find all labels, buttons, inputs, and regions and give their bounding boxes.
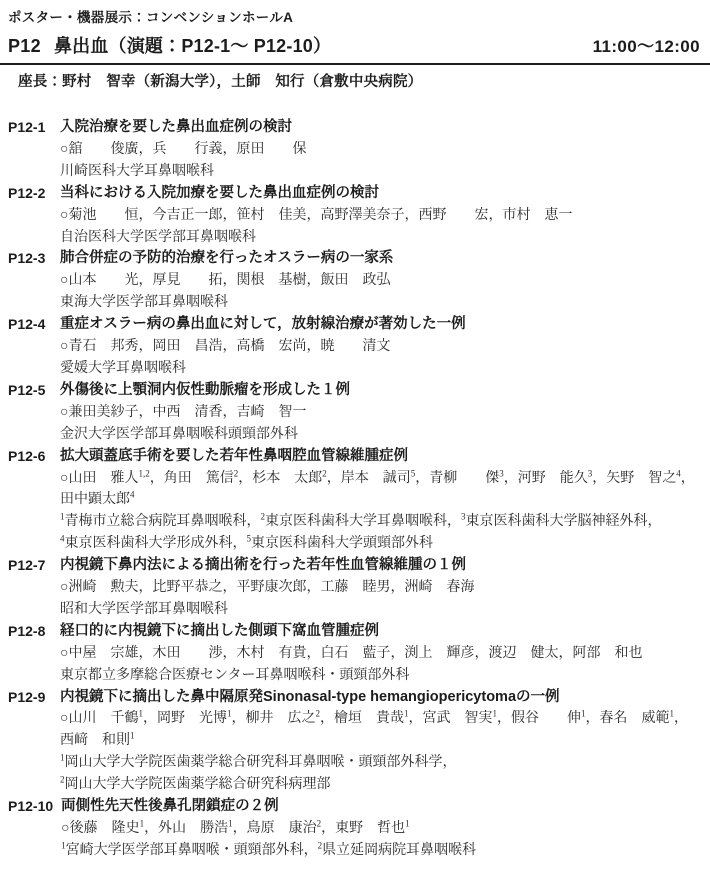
session-time: 11:00～12:00 — [593, 35, 700, 59]
entry-row: P12-6 拡大頭蓋底手術を要した若年性鼻咽腔血管線維腫症例 ○山田 雅人1,2… — [8, 446, 700, 556]
entry-id: P12-10 — [8, 796, 53, 818]
entry-affiliations: 川崎医科大学耳鼻咽喉科 — [60, 161, 700, 183]
entry-id: P12-9 — [8, 687, 52, 709]
entry-row: P12-9 内視鏡下に摘出した鼻中隔原発Sinonasal-type heman… — [8, 687, 700, 797]
authors-line: ○山川 千鶴1，岡野 光博1，柳井 広之2，檜垣 貴哉1，宮武 智実1，假谷 伸… — [60, 708, 700, 730]
authors-line: ○青石 邦秀，岡田 昌浩，高橋 宏尚，暁 清文 — [60, 336, 700, 358]
authors-line: ○中屋 宗雄，木田 渉，木村 有貴，白石 藍子，渕上 輝彦，渡辺 健太，阿部 和… — [60, 643, 700, 665]
authors-line: ○山本 光，厚見 拓，関根 基樹，飯田 政弘 — [60, 270, 700, 292]
entry-authors: ○舘 俊廣，兵 行義，原田 保 — [60, 139, 700, 161]
authors-line: ○後藤 隆史1，外山 勝浩1，鳥原 康治2，東野 哲也1 — [61, 818, 700, 840]
entry-title: 外傷後に上顎洞内仮性動脈瘤を形成した１例 — [60, 380, 700, 402]
entry-id: P12-6 — [8, 446, 52, 468]
authors-line: ○舘 俊廣，兵 行義，原田 保 — [60, 139, 700, 161]
affiliation-line: 東京都立多摩総合医療センター耳鼻咽喉科・頭頸部外科 — [60, 665, 700, 687]
affiliation-line: 東海大学医学部耳鼻咽喉科 — [60, 292, 700, 314]
entry-authors: ○菊池 恒，今吉正一郎，笹村 佳美，高野澤美奈子，西野 宏，市村 恵一 — [60, 205, 700, 227]
entry-affiliations: 1青梅市立総合病院耳鼻咽喉科，2東京医科歯科大学耳鼻咽喉科，3東京医科歯科大学脳… — [60, 511, 700, 555]
entry-authors: ○山本 光，厚見 拓，関根 基樹，飯田 政弘 — [60, 270, 700, 292]
entry-body: 両側性先天性後鼻孔閉鎖症の２例 ○後藤 隆史1，外山 勝浩1，鳥原 康治2，東野… — [61, 796, 700, 862]
authors-line: 西﨑 和則1 — [60, 730, 700, 752]
entry-title: 経口的に内視鏡下に摘出した側頭下窩血管腫症例 — [60, 621, 700, 643]
entry-id: P12-8 — [8, 621, 52, 643]
entry-row: P12-10 両側性先天性後鼻孔閉鎖症の２例 ○後藤 隆史1，外山 勝浩1，鳥原… — [8, 796, 700, 862]
entry-affiliations: 愛媛大学耳鼻咽喉科 — [60, 358, 700, 380]
entry-id: P12-5 — [8, 380, 52, 402]
entry-affiliations: 東海大学医学部耳鼻咽喉科 — [60, 292, 700, 314]
program-page: ポスター・機器展示：コンベンションホールA P12 鼻出血（演題：P12-1～ … — [0, 0, 710, 890]
entry-row: P12-7 内視鏡下鼻内法による摘出術を行った若年性血管線維腫の１例 ○洲崎 勲… — [8, 555, 700, 621]
entry-affiliations: 自治医科大学医学部耳鼻咽喉科 — [60, 227, 700, 249]
authors-line: 田中顕太郎4 — [60, 489, 700, 511]
entry-body: 拡大頭蓋底手術を要した若年性鼻咽腔血管線維腫症例 ○山田 雅人1,2，角田 篤信… — [60, 446, 700, 556]
entry-body: 当科における入院加療を要した鼻出血症例の検討 ○菊池 恒，今吉正一郎，笹村 佳美… — [60, 183, 700, 249]
entry-authors: ○中屋 宗雄，木田 渉，木村 有貴，白石 藍子，渕上 輝彦，渡辺 健太，阿部 和… — [60, 643, 700, 665]
affiliation-line: 1宮崎大学医学部耳鼻咽喉・頭頸部外科，2県立延岡病院耳鼻咽喉科 — [61, 840, 700, 862]
affiliation-line: 昭和大学医学部耳鼻咽喉科 — [60, 599, 700, 621]
entry-id: P12-2 — [8, 183, 52, 205]
entry-body: 内視鏡下に摘出した鼻中隔原発Sinonasal-type hemangioper… — [60, 687, 700, 797]
authors-line: ○菊池 恒，今吉正一郎，笹村 佳美，高野澤美奈子，西野 宏，市村 恵一 — [60, 205, 700, 227]
entry-title: 入院治療を要した鼻出血症例の検討 — [60, 117, 700, 139]
entry-title: 内視鏡下に摘出した鼻中隔原発Sinonasal-type hemangioper… — [60, 687, 700, 709]
entry-title: 両側性先天性後鼻孔閉鎖症の２例 — [61, 796, 700, 818]
entry-affiliations: 1岡山大学大学院医歯薬学総合研究科耳鼻咽喉・頭頸部外科学，2岡山大学大学院医歯薬… — [60, 752, 700, 796]
entry-authors: ○山田 雅人1,2，角田 篤信2，杉本 太郎2，岸本 誠司5，青柳 傑3，河野 … — [60, 468, 700, 512]
entry-affiliations: 東京都立多摩総合医療センター耳鼻咽喉科・頭頸部外科 — [60, 665, 700, 687]
header-divider — [0, 63, 710, 65]
entry-title: 拡大頭蓋底手術を要した若年性鼻咽腔血管線維腫症例 — [60, 446, 700, 468]
entry-affiliations: 1宮崎大学医学部耳鼻咽喉・頭頸部外科，2県立延岡病院耳鼻咽喉科 — [61, 840, 700, 862]
entry-title: 肺合併症の予防的治療を行ったオスラー病の一家系 — [60, 248, 700, 270]
affiliation-line: 自治医科大学医学部耳鼻咽喉科 — [60, 227, 700, 249]
chairs-line: 座長：野村 智幸（新潟大学），土師 知行（倉敷中央病院） — [8, 72, 700, 92]
entry-id: P12-7 — [8, 555, 52, 577]
entry-title: 内視鏡下鼻内法による摘出術を行った若年性血管線維腫の１例 — [60, 555, 700, 577]
entry-row: P12-3 肺合併症の予防的治療を行ったオスラー病の一家系 ○山本 光，厚見 拓… — [8, 248, 700, 314]
affiliation-line: 1岡山大学大学院医歯薬学総合研究科耳鼻咽喉・頭頸部外科学， — [60, 752, 700, 774]
entry-row: P12-5 外傷後に上顎洞内仮性動脈瘤を形成した１例 ○兼田美紗子，中西 清香，… — [8, 380, 700, 446]
affiliation-line: 4東京医科歯科大学形成外科，5東京医科歯科大学頭頸部外科 — [60, 533, 700, 555]
session-header: P12 鼻出血（演題：P12-1～ P12-10） 11:00～12:00 — [8, 34, 700, 59]
session-title: 鼻出血（演題：P12-1～ P12-10） — [54, 34, 331, 58]
entry-body: 外傷後に上顎洞内仮性動脈瘤を形成した１例 ○兼田美紗子，中西 清香，吉崎 智一 … — [60, 380, 700, 446]
affiliation-line: 金沢大学医学部耳鼻咽喉科頭頸部外科 — [60, 424, 700, 446]
entry-body: 内視鏡下鼻内法による摘出術を行った若年性血管線維腫の１例 ○洲崎 勲夫，比野平恭… — [60, 555, 700, 621]
entry-authors: ○山川 千鶴1，岡野 光博1，柳井 広之2，檜垣 貴哉1，宮武 智実1，假谷 伸… — [60, 708, 700, 752]
entry-authors: ○後藤 隆史1，外山 勝浩1，鳥原 康治2，東野 哲也1 — [61, 818, 700, 840]
entry-affiliations: 金沢大学医学部耳鼻咽喉科頭頸部外科 — [60, 424, 700, 446]
affiliation-line: 愛媛大学耳鼻咽喉科 — [60, 358, 700, 380]
entry-title: 重症オスラー病の鼻出血に対して，放射線治療が著効した一例 — [60, 314, 700, 336]
entry-title: 当科における入院加療を要した鼻出血症例の検討 — [60, 183, 700, 205]
entry-id: P12-1 — [8, 117, 52, 139]
session-entries: P12-1 入院治療を要した鼻出血症例の検討 ○舘 俊廣，兵 行義，原田 保 川… — [8, 117, 700, 862]
venue-header: ポスター・機器展示：コンベンションホールA — [8, 9, 700, 27]
entry-body: 経口的に内視鏡下に摘出した側頭下窩血管腫症例 ○中屋 宗雄，木田 渉，木村 有貴… — [60, 621, 700, 687]
affiliation-line: 1青梅市立総合病院耳鼻咽喉科，2東京医科歯科大学耳鼻咽喉科，3東京医科歯科大学脳… — [60, 511, 700, 533]
entry-body: 肺合併症の予防的治療を行ったオスラー病の一家系 ○山本 光，厚見 拓，関根 基樹… — [60, 248, 700, 314]
entry-authors: ○兼田美紗子，中西 清香，吉崎 智一 — [60, 402, 700, 424]
entry-authors: ○洲崎 勲夫，比野平恭之，平野康次郎，工藤 睦男，洲崎 春海 — [60, 577, 700, 599]
entry-body: 重症オスラー病の鼻出血に対して，放射線治療が著効した一例 ○青石 邦秀，岡田 昌… — [60, 314, 700, 380]
authors-line: ○山田 雅人1,2，角田 篤信2，杉本 太郎2，岸本 誠司5，青柳 傑3，河野 … — [60, 468, 700, 490]
entry-id: P12-4 — [8, 314, 52, 336]
entry-row: P12-8 経口的に内視鏡下に摘出した側頭下窩血管腫症例 ○中屋 宗雄，木田 渉… — [8, 621, 700, 687]
entry-body: 入院治療を要した鼻出血症例の検討 ○舘 俊廣，兵 行義，原田 保 川崎医科大学耳… — [60, 117, 700, 183]
authors-line: ○洲崎 勲夫，比野平恭之，平野康次郎，工藤 睦男，洲崎 春海 — [60, 577, 700, 599]
authors-line: ○兼田美紗子，中西 清香，吉崎 智一 — [60, 402, 700, 424]
session-code: P12 — [8, 34, 41, 58]
entry-id: P12-3 — [8, 248, 52, 270]
affiliation-line: 2岡山大学大学院医歯薬学総合研究科病理部 — [60, 774, 700, 796]
entry-row: P12-2 当科における入院加療を要した鼻出血症例の検討 ○菊池 恒，今吉正一郎… — [8, 183, 700, 249]
entry-affiliations: 昭和大学医学部耳鼻咽喉科 — [60, 599, 700, 621]
affiliation-line: 川崎医科大学耳鼻咽喉科 — [60, 161, 700, 183]
entry-row: P12-4 重症オスラー病の鼻出血に対して，放射線治療が著効した一例 ○青石 邦… — [8, 314, 700, 380]
entry-authors: ○青石 邦秀，岡田 昌浩，高橋 宏尚，暁 清文 — [60, 336, 700, 358]
entry-row: P12-1 入院治療を要した鼻出血症例の検討 ○舘 俊廣，兵 行義，原田 保 川… — [8, 117, 700, 183]
